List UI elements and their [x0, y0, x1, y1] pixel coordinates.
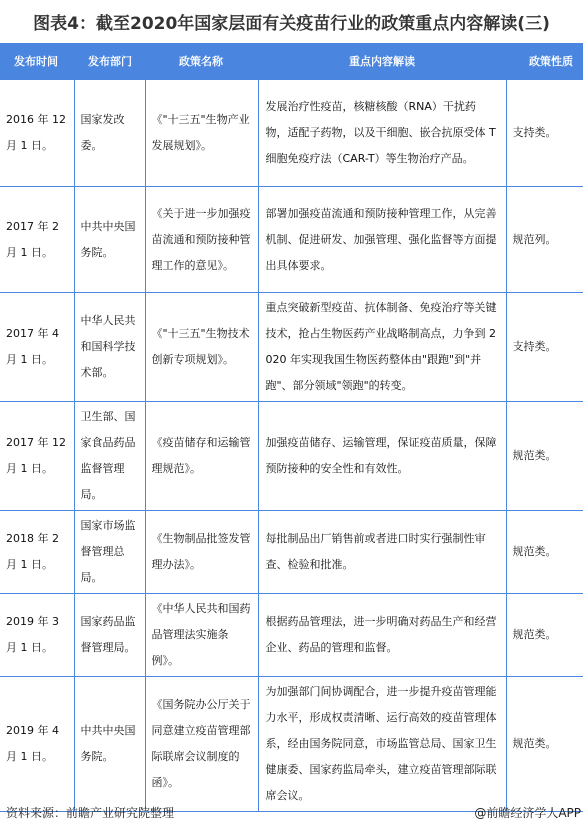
cell-policy-name: 《国务院办公厅关于同意建立疫苗管理部际联席会议制度的函》。 [145, 677, 258, 812]
table-row: 2017 年 4 月 1 日。 中华人民共和国科学技术部。 《"十三五"生物技术… [0, 293, 583, 402]
table-row: 2017 年 12 月 1 日。 卫生部、国家食品药品监督管理局。 《疫苗储存和… [0, 402, 583, 511]
cell-date: 2018 年 2 月 1 日。 [0, 511, 74, 594]
cell-policy-type: 支持类。 [506, 293, 583, 402]
cell-department: 中华人民共和国科学技术部。 [74, 293, 145, 402]
cell-department: 中共中央国务院。 [74, 677, 145, 812]
cell-department: 卫生部、国家食品药品监督管理局。 [74, 402, 145, 511]
table-row: 2017 年 2 月 1 日。 中共中央国务院。 《关于进一步加强疫苗流通和预防… [0, 187, 583, 293]
header-date: 发布时间 [0, 43, 74, 80]
policy-table: 发布时间 发布部门 政策名称 重点内容解读 政策性质 2016 年 12 月 1… [0, 43, 583, 812]
table-row: 2016 年 12 月 1 日。 国家发改委。 《"十三五"生物产业发展规划》。… [0, 80, 583, 187]
cell-policy-name: 《疫苗储存和运输管理规范》。 [145, 402, 258, 511]
source-note: 资料来源：前瞻产业研究院整理 [6, 804, 174, 821]
table-row: 2018 年 2 月 1 日。 国家市场监督管理总局。 《生物制品批签发管理办法… [0, 511, 583, 594]
cell-date: 2017 年 12 月 1 日。 [0, 402, 74, 511]
cell-content: 每批制品出厂销售前或者进口时实行强制性审查、检验和批准。 [258, 511, 506, 594]
cell-policy-name: 《关于进一步加强疫苗流通和预防接种管理工作的意见》。 [145, 187, 258, 293]
table-row: 2019 年 3 月 1 日。 国家药品监督管理局。 《中华人民共和国药品管理法… [0, 594, 583, 677]
cell-policy-type: 规范类。 [506, 594, 583, 677]
cell-content: 根据药品管理法，进一步明确对药品生产和经营企业、药品的管理和监督。 [258, 594, 506, 677]
cell-date: 2016 年 12 月 1 日。 [0, 80, 74, 187]
cell-date: 2019 年 4 月 1 日。 [0, 677, 74, 812]
header-department: 发布部门 [74, 43, 145, 80]
cell-department: 国家市场监督管理总局。 [74, 511, 145, 594]
cell-department: 国家发改委。 [74, 80, 145, 187]
cell-policy-name: 《"十三五"生物产业发展规划》。 [145, 80, 258, 187]
cell-policy-type: 支持类。 [506, 80, 583, 187]
cell-date: 2017 年 2 月 1 日。 [0, 187, 74, 293]
cell-content: 重点突破新型疫苗、抗体制备、免疫治疗等关键技术，抢占生物医药产业战略制高点，力争… [258, 293, 506, 402]
cell-policy-name: 《"十三五"生物技术创新专项规划》。 [145, 293, 258, 402]
cell-content: 发展治疗性疫苗，核糖核酸（RNA）干扰药物，适配子药物，以及干细胞、嵌合抗原受体… [258, 80, 506, 187]
cell-policy-type: 规范列。 [506, 187, 583, 293]
cell-department: 中共中央国务院。 [74, 187, 145, 293]
cell-date: 2017 年 4 月 1 日。 [0, 293, 74, 402]
table-row: 2019 年 4 月 1 日。 中共中央国务院。 《国务院办公厅关于同意建立疫苗… [0, 677, 583, 812]
cell-date: 2019 年 3 月 1 日。 [0, 594, 74, 677]
cell-policy-type: 规范类。 [506, 677, 583, 812]
credit-note: @前瞻经济学人APP [474, 804, 581, 821]
cell-content: 加强疫苗储存、运输管理，保证疫苗质量，保障预防接种的安全性和有效性。 [258, 402, 506, 511]
cell-policy-type: 规范类。 [506, 511, 583, 594]
header-content: 重点内容解读 [258, 43, 506, 80]
header-policy-type: 政策性质 [506, 43, 583, 80]
chart-title: 图表4：截至2020年国家层面有关疫苗行业的政策重点内容解读(三) [0, 9, 583, 34]
cell-department: 国家药品监督管理局。 [74, 594, 145, 677]
cell-policy-type: 规范类。 [506, 402, 583, 511]
header-policy-name: 政策名称 [145, 43, 258, 80]
cell-content: 为加强部门间协调配合，进一步提升疫苗管理能力水平，形成权责清晰、运行高效的疫苗管… [258, 677, 506, 812]
cell-policy-name: 《生物制品批签发管理办法》。 [145, 511, 258, 594]
table-header-row: 发布时间 发布部门 政策名称 重点内容解读 政策性质 [0, 43, 583, 80]
cell-content: 部署加强疫苗流通和预防接种管理工作，从完善机制、促进研发、加强管理、强化监督等方… [258, 187, 506, 293]
cell-policy-name: 《中华人民共和国药品管理法实施条例》。 [145, 594, 258, 677]
